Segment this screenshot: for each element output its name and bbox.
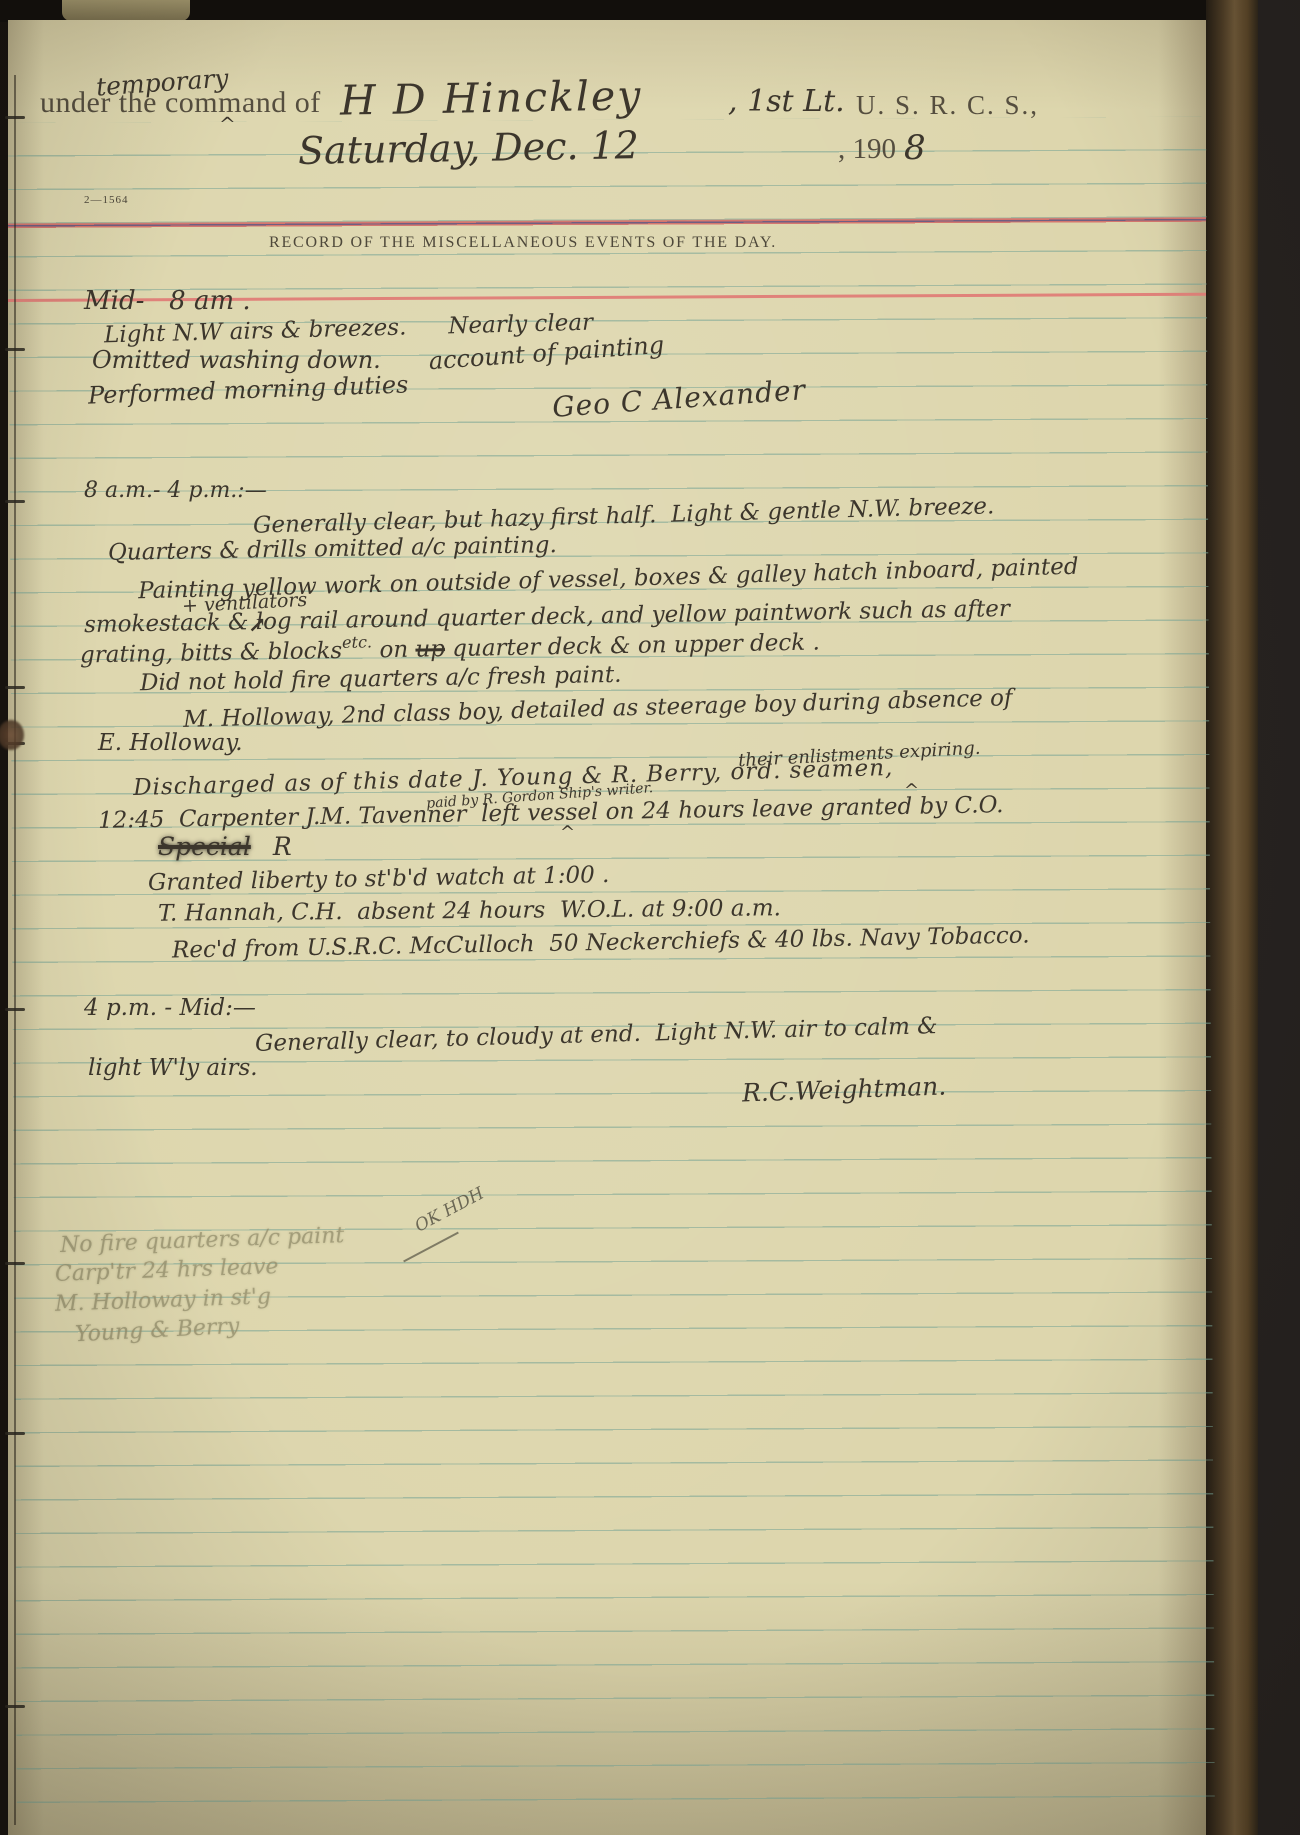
spacer: [407, 333, 449, 334]
entry-text: R: [273, 832, 292, 861]
book-binding-cloth: [62, 0, 190, 21]
insert-arrow: ↗: [248, 612, 266, 638]
entry-text: Omitted washing down.: [92, 346, 381, 374]
logbook-photo: temporary ^ under the command of H D Hin…: [0, 0, 1300, 1835]
page-stack-edge: [1206, 0, 1258, 1835]
entry-date: Saturday, Dec. 12: [298, 123, 640, 173]
watch-heading-mid-8am: Mid- 8 am .: [84, 286, 251, 316]
log-entry-line: E. Holloway.: [98, 730, 243, 756]
book-cover-right: [1258, 0, 1300, 1835]
stitch-mark: [5, 1008, 25, 1011]
commander-signature: H D Hinckley: [340, 71, 643, 124]
page-title: RECORD OF THE MISCELLANEOUS EVENTS OF TH…: [108, 234, 938, 252]
struck-word: Special: [158, 832, 251, 861]
struck-word: up: [415, 636, 445, 663]
form-number: 2—1564: [84, 194, 129, 206]
log-entry-line: SpecialR: [158, 832, 292, 861]
binding-stitch-line: [14, 75, 16, 1825]
weather-text: Nearly clear: [448, 310, 593, 340]
printed-year-prefix: , 190: [838, 133, 896, 166]
log-entry-line: Omitted washing down.account of painting: [92, 346, 665, 374]
service-abbreviation: U. S. R. C. S.,: [856, 90, 1039, 121]
entry-text: grating, bitts & blocks: [80, 638, 343, 669]
stitch-mark: [5, 1262, 25, 1265]
commander-rank: , 1st Lt.: [728, 84, 845, 119]
superscript-etc: etc.: [342, 632, 372, 652]
stitch-mark: [5, 1705, 25, 1708]
stitch-mark: [5, 116, 25, 119]
stitch-mark: [5, 686, 25, 689]
log-entry-line: light W'ly airs.: [88, 1055, 258, 1081]
year-digit: 8: [904, 128, 926, 168]
stitch-mark: [5, 348, 25, 351]
stitch-mark: [5, 500, 25, 503]
printed-command-text: under the command of: [40, 86, 321, 120]
ruled-lines: [8, 117, 1215, 1835]
log-entry-line: T. Hannah, C.H. absent 24 hours W.O.L. a…: [158, 895, 781, 926]
insert-caret: ^: [560, 822, 575, 843]
watch-heading-8am-4pm: 8 a.m.- 4 p.m.:—: [84, 478, 267, 503]
stitch-mark: [5, 1432, 25, 1435]
watch-heading-4pm-mid: 4 p.m. - Mid:—: [84, 995, 256, 1021]
entry-text: on: [372, 637, 416, 664]
log-page: temporary ^ under the command of H D Hin…: [8, 20, 1206, 1835]
